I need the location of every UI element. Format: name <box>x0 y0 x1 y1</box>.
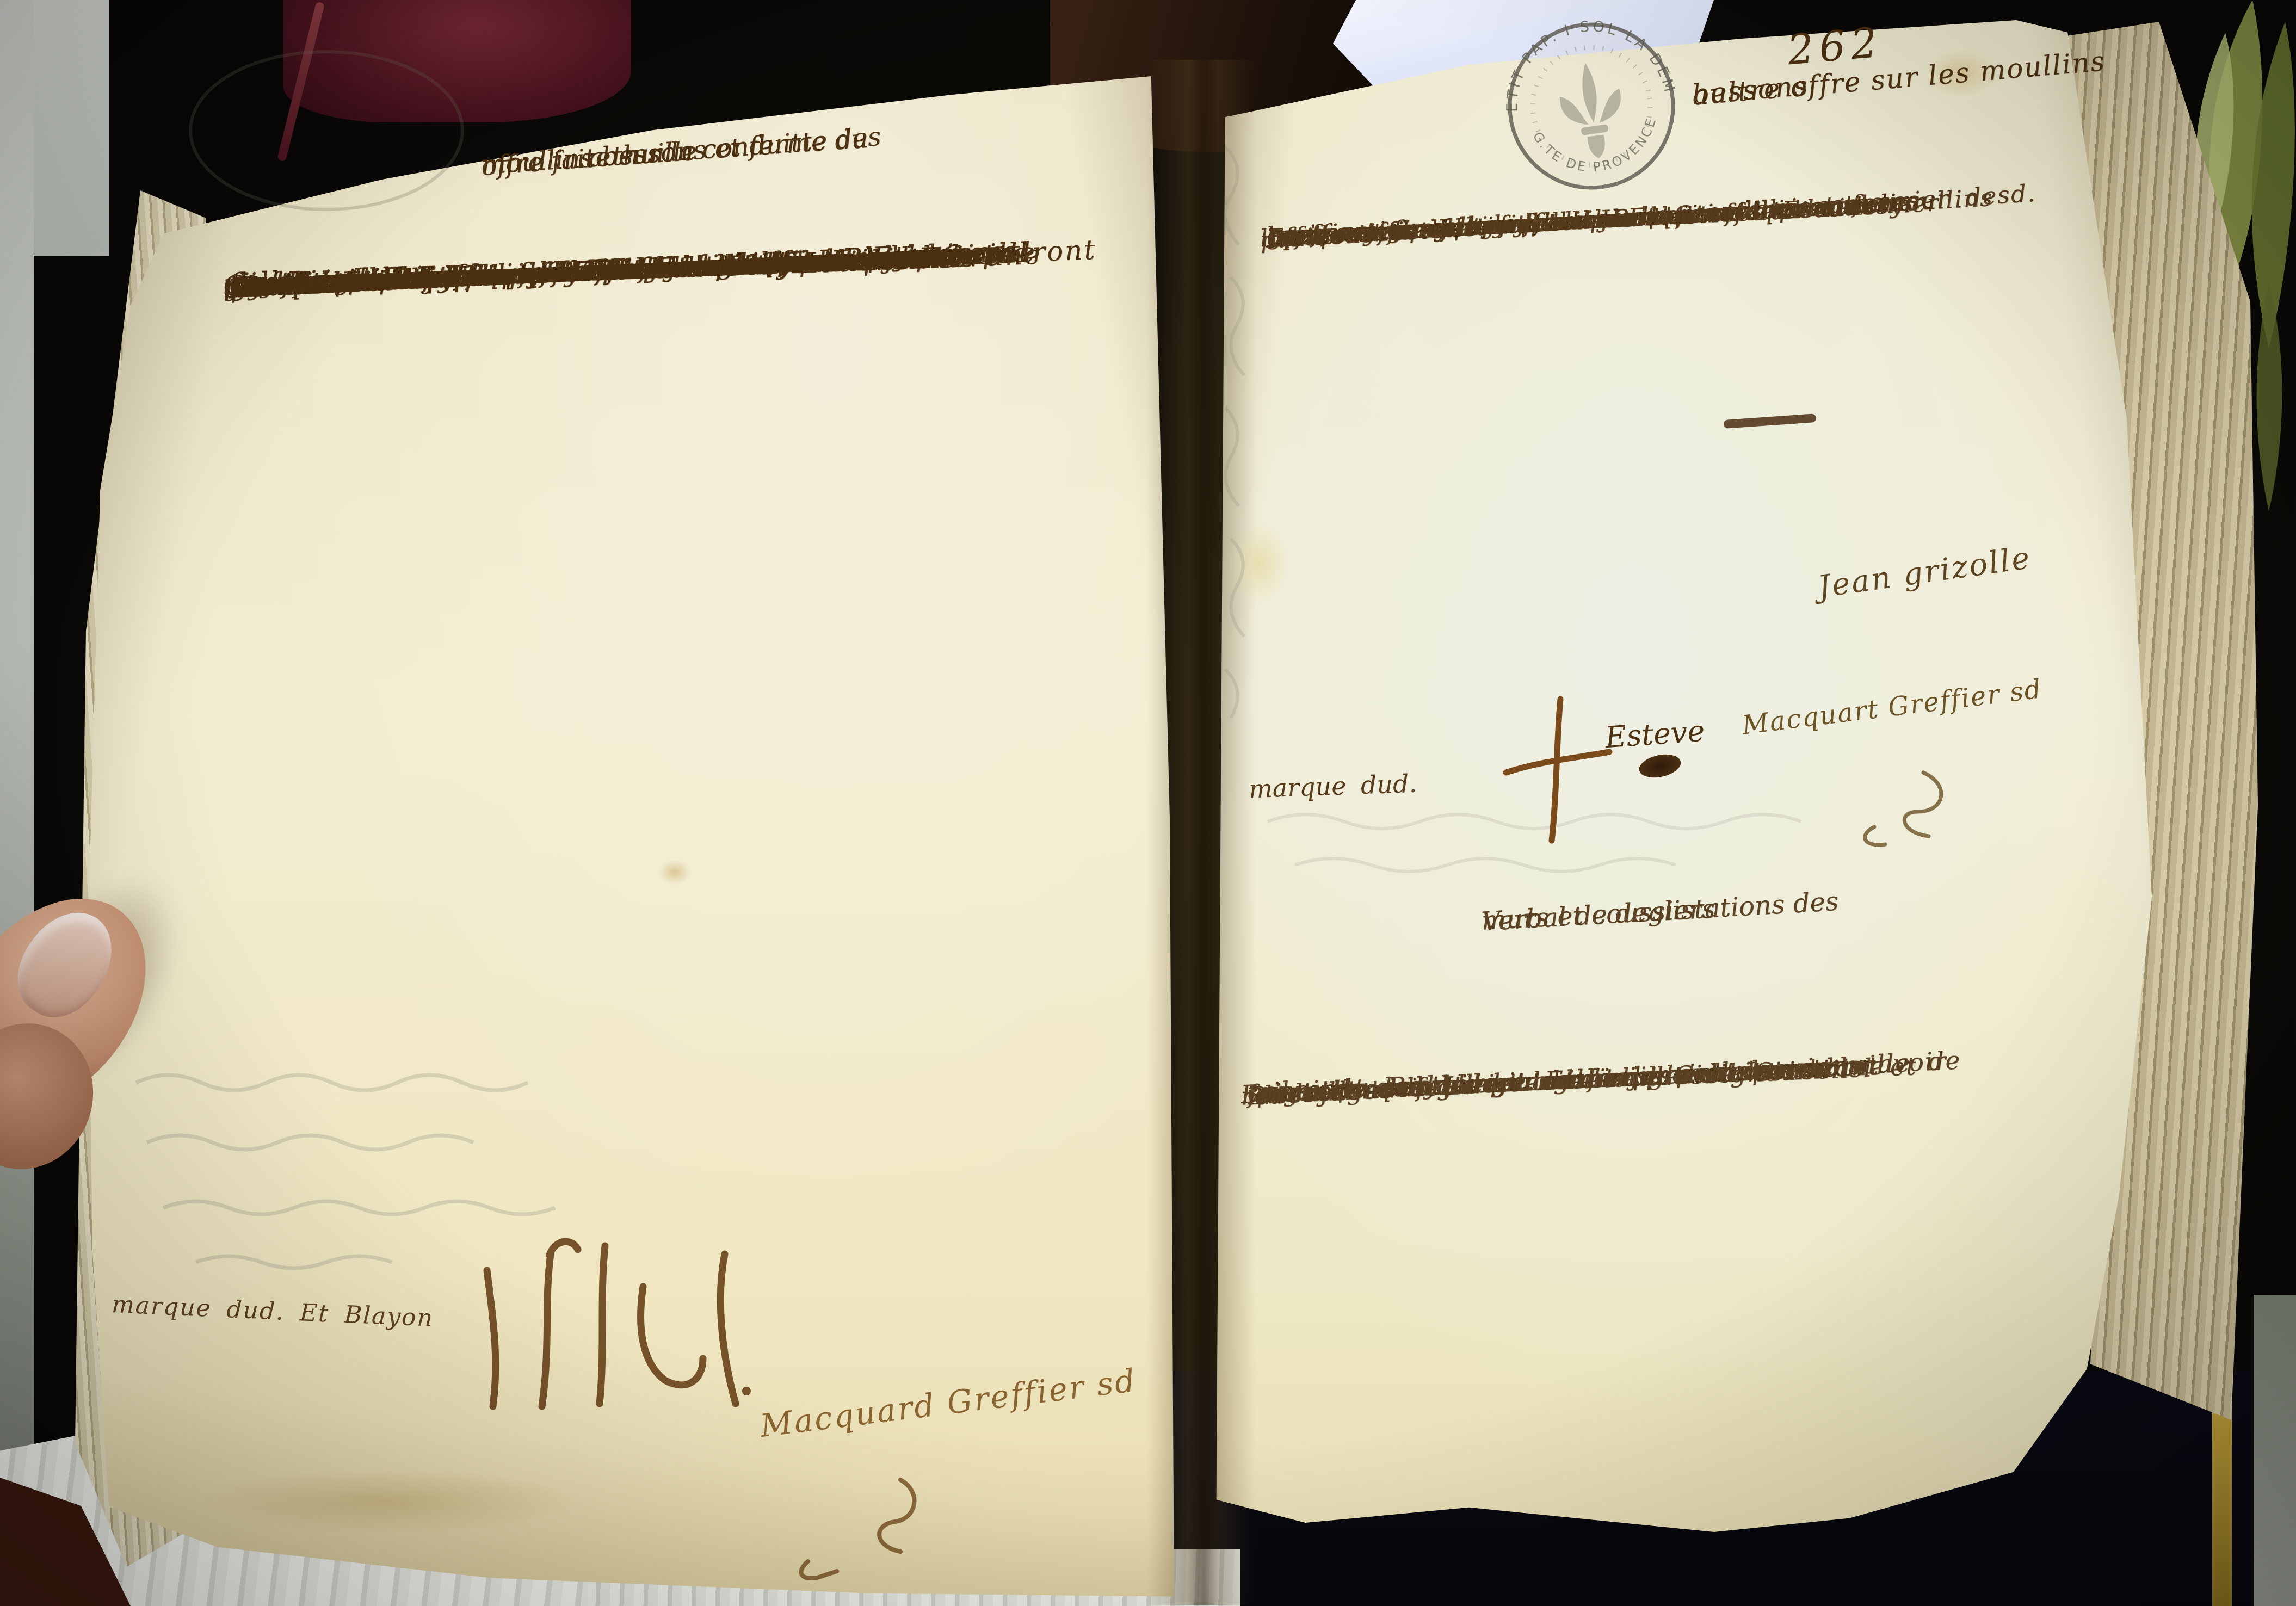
ghost-stamp-circle <box>163 33 490 218</box>
tax-stamp: PETIT PAP. I SOL LA DEM. G.TE DE PROVENC… <box>1484 0 1699 214</box>
signature-paraph <box>1839 762 1991 860</box>
marque-name: Esteve <box>1604 714 1706 755</box>
photo-of-open-manuscript-book: PETIT PAP. I SOL LA DEM. G.TE DE PROVENC… <box>0 0 2296 1606</box>
wall-bottom-right <box>2254 1295 2296 1606</box>
marque-label: marque dud. <box>1248 769 1417 804</box>
header-line: bessons <box>1690 63 1811 118</box>
cross-mark <box>1491 691 1621 849</box>
signature-paraph <box>783 1469 958 1589</box>
wall-strip <box>0 0 34 1606</box>
paper-stain <box>196 1469 577 1534</box>
merchant-mark <box>468 1216 783 1434</box>
paper-stain <box>658 860 691 885</box>
thumb <box>0 816 169 1153</box>
gilt-page-edge <box>2212 1398 2232 1606</box>
